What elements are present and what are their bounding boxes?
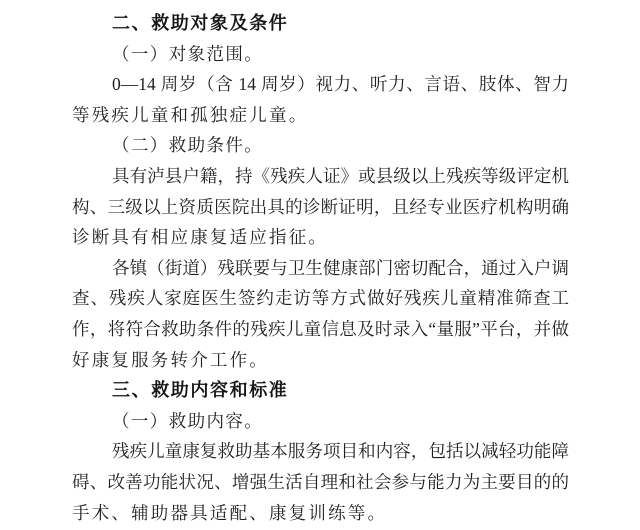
body-line: 好康复服务转介工作。 (72, 345, 569, 376)
body-line: 等残疾儿童和孤独症儿童。 (72, 100, 569, 131)
body-line: 诊断具有相应康复适应指征。 (72, 222, 569, 253)
body-line: 手术、辅助器具适配、康复训练等。 (72, 498, 569, 529)
subheading-rescue-conditions: （二）救助条件。 (72, 130, 569, 161)
section-heading-rescue-targets: 二、救助对象及条件 (72, 8, 569, 39)
body-line: 0—14 周岁（含 14 周岁）视力、听力、言语、肢体、智力 (72, 69, 569, 100)
body-line: 残疾儿童康复救助基本服务项目和内容，包括以减轻功能障 (72, 436, 569, 467)
body-line: 碍、改善功能状况、增强生活自理和社会参与能力为主要目的的 (72, 467, 569, 498)
body-line: 构、三级以上资质医院出具的诊断证明，且经专业医疗机构明确 (72, 192, 569, 223)
body-line: 作，将符合救助条件的残疾儿童信息及时录入“量服”平台，并做 (72, 314, 569, 345)
body-line: 各镇（街道）残联要与卫生健康部门密切配合，通过入户调 (72, 253, 569, 284)
subheading-target-scope: （一）对象范围。 (72, 39, 569, 70)
subheading-rescue-content: （一）救助内容。 (72, 406, 569, 437)
body-line: 查、残疾人家庭医生签约走访等方式做好残疾儿童精准筛查工 (72, 283, 569, 314)
section-heading-rescue-content: 三、救助内容和标准 (72, 375, 569, 406)
body-line: 具有泸县户籍，持《残疾人证》或县级以上残疾等级评定机 (72, 161, 569, 192)
document-page: 二、救助对象及条件 （一）对象范围。 0—14 周岁（含 14 周岁）视力、听力… (0, 0, 640, 530)
